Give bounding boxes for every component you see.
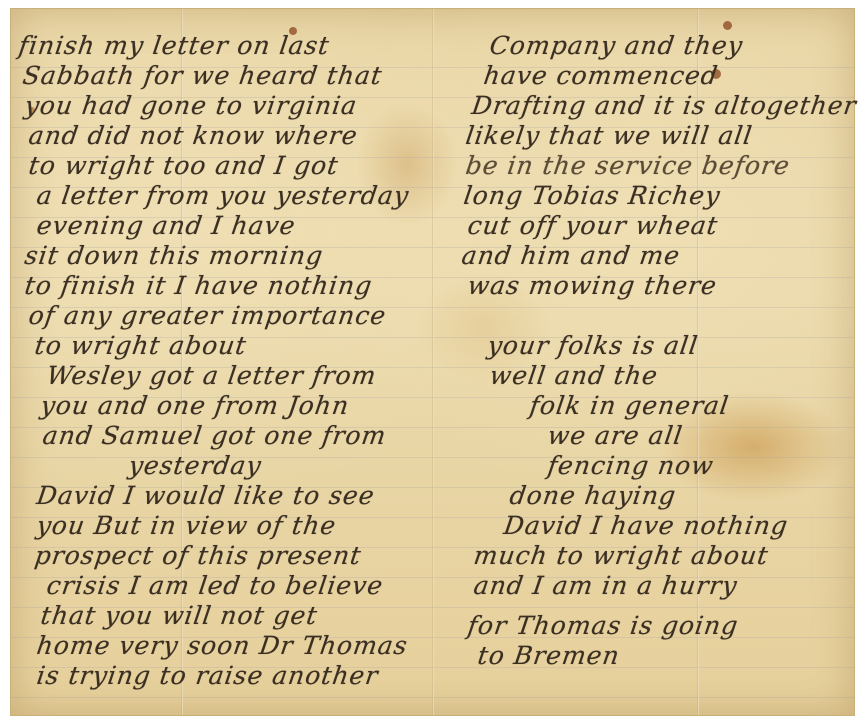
letter-line: we are all	[546, 421, 685, 450]
letter-line: prospect of this present	[33, 541, 363, 570]
letter-line: Wesley got a letter from	[45, 361, 379, 390]
letter-line: crisis I am led to believe	[45, 571, 385, 600]
letter-line: you and one from John	[39, 391, 351, 420]
letter-line: home very soon Dr Thomas	[35, 631, 410, 660]
letter-line: to wright about	[33, 331, 249, 360]
right-page: Company and they have commenced Drafting…	[432, 9, 854, 715]
letter-line: David I would like to see	[35, 481, 377, 510]
letter-line: of any greater importance	[27, 301, 388, 330]
letter-line: and did not know where	[27, 121, 360, 150]
letter-line: sit down this morning	[23, 241, 325, 270]
letter-line: likely that we will all	[464, 121, 754, 150]
letter-line: and Samuel got one from	[41, 421, 389, 450]
letter-line: to Bremen	[476, 641, 622, 670]
letter-line: have commenced	[482, 61, 720, 90]
letter-line: done haying	[508, 481, 678, 510]
letter-line: Sabbath for we heard that	[21, 61, 384, 90]
letter-line: and him and me	[460, 241, 682, 270]
letter-line: your folks is all	[486, 331, 700, 360]
letter-line: is trying to raise another	[35, 661, 380, 690]
left-page: finish my letter on last Sabbath for we …	[11, 9, 432, 715]
letter-line: you had gone to virginia	[23, 91, 359, 120]
letter-line: Drafting and it is altogether	[470, 91, 859, 120]
letter-sheet: finish my letter on last Sabbath for we …	[10, 8, 855, 716]
letter-line: cut off your wheat	[466, 211, 720, 240]
letter-line: was mowing there	[466, 271, 719, 300]
letter-line: and I am in a hurry	[472, 571, 740, 600]
letter-line: for Thomas is going	[466, 611, 740, 640]
letter-line: finish my letter on last	[17, 31, 332, 60]
letter-line: long Tobias Richey	[462, 181, 722, 210]
letter-line: you But in view of the	[35, 511, 338, 540]
letter-line: much to wright about	[472, 541, 771, 570]
letter-line: to wright too and I got	[27, 151, 341, 180]
letter-line: be in the service before	[464, 151, 792, 180]
letter-line: fencing now	[546, 451, 716, 480]
letter-line: well and the	[488, 361, 660, 390]
letter-line: Company and they	[488, 31, 745, 60]
letter-line: David I have nothing	[502, 511, 790, 540]
letter-line: yesterday	[127, 451, 264, 480]
letter-line: evening and I have	[35, 211, 298, 240]
letter-line: to finish it I have nothing	[23, 271, 374, 300]
letter-line: that you will not get	[39, 601, 320, 630]
letter-line: a letter from you yesterday	[35, 181, 411, 210]
letter-line: folk in general	[528, 391, 731, 420]
